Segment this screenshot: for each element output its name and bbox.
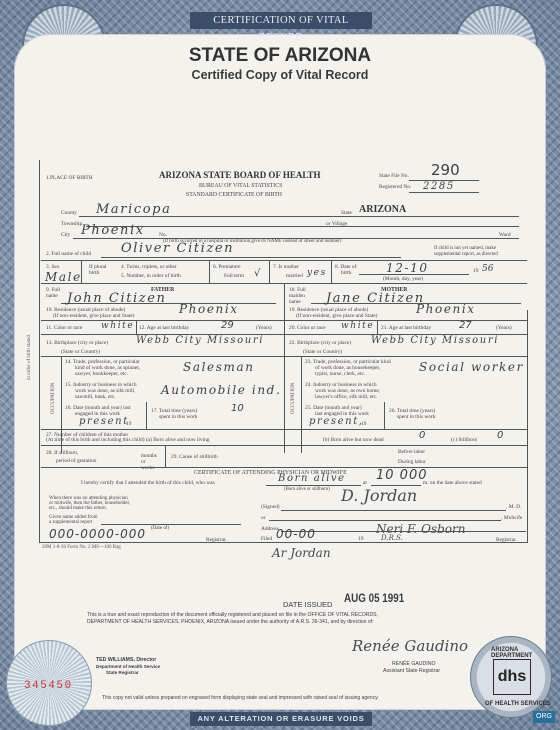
- dob-year: 56: [482, 264, 493, 274]
- before-labor-label: Before labor: [398, 449, 425, 455]
- dhs-logo-icon: dhs: [493, 659, 531, 695]
- township-label: Township: [61, 221, 82, 227]
- mother-name-label: 18. Full maiden name: [289, 287, 311, 305]
- time-suffix: m. on the date above stated: [423, 480, 482, 486]
- twins-label: 4. Twins, triplets, or other: [121, 264, 177, 270]
- during-labor-label: During labor: [398, 459, 426, 465]
- seal-text-bottom: OF HEALTH SERVICES: [485, 701, 551, 707]
- father-residence-label-2: (If non-resident, give place and State): [53, 313, 134, 319]
- state-value: ARIZONA: [359, 204, 406, 215]
- midwife-label: , Midwife: [501, 515, 522, 521]
- married-label: 7. Is mother: [273, 264, 299, 270]
- seal-text-top: ARIZONA DEPARTMENT: [491, 647, 551, 659]
- county-label: County: [61, 210, 77, 216]
- father-birthplace-hint: (State or Country): [61, 349, 100, 355]
- mother-residence-label-2: (If non-resident, give place and State): [296, 313, 377, 319]
- org-badge: ORG: [533, 711, 555, 723]
- full-term-checkmark: √: [254, 268, 260, 279]
- date-issued-label: DATE ISSUED: [283, 600, 332, 609]
- mother-age-unit: (Years): [496, 325, 512, 331]
- father-residence: Phoenix: [179, 302, 239, 316]
- no-label: No.: [159, 232, 167, 238]
- father-industry-label-3: sawmill, bank, etc.: [75, 394, 116, 400]
- serial-number: 345450: [24, 680, 73, 692]
- place-of-birth-label: 1.PLACE OF BIRTH: [46, 175, 93, 181]
- mother-occupation-label: OCCUPATION: [291, 383, 296, 414]
- mother-trade-label-3: typist, nurse, clerk, etc.: [315, 371, 365, 377]
- birth-certificate-form: 1.PLACE OF BIRTH ARIZONA STATE BOARD OF …: [41, 160, 531, 542]
- children-label-2: (At time of this birth and including thi…: [46, 437, 210, 443]
- mother-trade: Social worker: [419, 360, 524, 374]
- ward-label: Ward: [499, 232, 511, 238]
- mother-race: white: [341, 321, 374, 331]
- plural-birth-label: If plural birth: [89, 264, 115, 276]
- child-name-label: 2. Full name of child: [46, 251, 91, 257]
- dob-value: 12-10: [386, 261, 429, 275]
- gestation-label: period of gestation: [56, 458, 96, 464]
- birth-order-label: 5. Number, in order of birth: [121, 273, 181, 279]
- registrar-signature-initials: D.R.S.: [381, 534, 403, 542]
- reproduction-statement: This is a true and exact reproduction of…: [87, 612, 378, 618]
- unnamed-note-2: supplemental report, as directed: [434, 252, 498, 257]
- registered-no: 2285: [423, 181, 455, 192]
- certificate-subtitle: Certified Copy of Vital Record: [0, 68, 560, 82]
- stillborn-value: 0: [497, 430, 503, 441]
- mother-race-label: 20. Color or race: [289, 325, 326, 331]
- father-birthplace: Webb City Missouri: [136, 335, 264, 346]
- married-label-2: married: [286, 273, 303, 279]
- director-name: TED WILLIAMS, Director: [96, 657, 156, 663]
- father-trade: Salesman: [183, 360, 255, 374]
- county-value: Maricopa: [96, 202, 171, 217]
- sex-value: Male: [45, 270, 82, 284]
- given-name-value: 000-0000-000: [49, 527, 146, 541]
- mother-date: present,: [309, 416, 364, 427]
- birth-status: Born alive: [278, 473, 346, 484]
- assistant-registrar-title: Assistant State Registrar: [383, 668, 440, 674]
- mother-industry-label-3: lawyer's office, silk mill, etc.: [315, 394, 377, 400]
- father-date: present: [79, 416, 129, 427]
- certify-text: I hereby certify that I attended the bir…: [81, 480, 215, 486]
- father-age-label: 12. Age at last birthday: [139, 325, 189, 331]
- status-hint: (Born alive or stillborn): [284, 487, 330, 492]
- father-occupation-label: OCCUPATION: [51, 383, 56, 414]
- mother-age-label: 21. Age at last birthday: [381, 325, 431, 331]
- mother-birthplace-label: 22. Birthplace (city or place): [289, 340, 351, 346]
- city-label: City: [61, 232, 70, 238]
- signed-label: (Signed): [261, 504, 280, 510]
- stamp-signature: Ar Jordan: [272, 546, 331, 560]
- mother-total-label-2: spent in this work: [397, 414, 435, 420]
- full-term-label: Full term: [224, 273, 244, 279]
- director-title: State Registrar: [106, 670, 139, 675]
- or-label: or: [261, 515, 266, 521]
- given-name-label-2: a supplemental report: [49, 520, 92, 525]
- city-value: Phoenix: [81, 223, 145, 238]
- mother-age: 27: [459, 320, 472, 331]
- father-industry: Automobile ind.: [161, 383, 281, 397]
- born-dead-value: 0: [419, 430, 425, 441]
- father-name-label: 9. Full name: [46, 287, 66, 299]
- dob-hint: (Month, day, year): [383, 276, 423, 282]
- cause-label: 29. Cause of stillbirth: [171, 454, 218, 460]
- child-name-value: Oliver Citizen: [121, 241, 234, 256]
- father-date-suffix: 19: [126, 421, 131, 427]
- mother-birthplace-hint: (State or Country): [303, 349, 342, 355]
- side-note: in order of birth stated.: [27, 334, 32, 380]
- born-dead-label: (b) Born alive but now dead: [323, 437, 384, 443]
- date-of-label: (Date of): [151, 526, 169, 531]
- health-services-seal: ARIZONA DEPARTMENT dhs OF HEALTH SERVICE…: [470, 636, 552, 718]
- assistant-registrar-name: RENÉE GAUDINO: [392, 661, 436, 667]
- no-physician-note-3: etc., should make this return.: [49, 506, 107, 511]
- dob-year-prefix: 19: [473, 268, 478, 274]
- father-birthplace-label: 13. Birthplace (city or place): [46, 340, 108, 346]
- stillborn-label: (c) Stillborn: [451, 437, 477, 443]
- certification-banner: CERTIFICATION OF VITAL RECORD: [190, 12, 372, 29]
- state-file-no-label: State File No.: [379, 173, 409, 179]
- form-title: STANDARD CERTIFICATE OF BIRTH: [186, 192, 282, 198]
- father-total-label-2: spent in this work: [159, 414, 197, 420]
- stillborn-period-label: 28. If stillborn,: [46, 450, 78, 456]
- form-code: 20M 1-8-36 Form No. 2 MS—100 Rag: [42, 545, 121, 550]
- father-race: white: [101, 321, 134, 331]
- state-title: STATE OF ARIZONA: [0, 45, 560, 67]
- md-label: , M. D.: [506, 504, 521, 510]
- father-name: John Citizen: [67, 291, 167, 306]
- father-age: 29: [221, 320, 234, 331]
- father-trade-label-3: sawyer, bookkeeper, etc.: [75, 371, 128, 377]
- father-age-unit: (Years): [256, 325, 272, 331]
- mother-name: Jane Citizen: [326, 291, 425, 306]
- form-right-border: [527, 310, 528, 542]
- mother-birthplace: Webb City Missouri: [371, 335, 499, 346]
- registered-no-label: Registered No.: [379, 184, 411, 190]
- married-value: yes: [307, 268, 327, 278]
- date-issued: AUG 05 1991: [344, 591, 404, 605]
- reproduction-statement-2: DEPARTMENT OF HEALTH SERVICES, PHOENIX, …: [87, 619, 374, 625]
- birth-time: 10 000: [376, 468, 428, 483]
- agency-title: ARIZONA STATE BOARD OF HEALTH: [159, 170, 321, 180]
- village-label: or Village: [326, 221, 347, 227]
- father-total: 10: [231, 403, 244, 414]
- mother-date-suffix: 19: [361, 421, 366, 427]
- validity-note: This copy not valid unless prepared on e…: [102, 695, 379, 701]
- premature-label: 6. Premature: [213, 264, 241, 270]
- form-left-border: [39, 160, 40, 543]
- months-weeks-label: months or weeks: [141, 453, 159, 471]
- alteration-warning-banner: ANY ALTERATION OR ERASURE VOIDS THIS CER…: [190, 712, 372, 726]
- director-department: Department of Health Service: [96, 664, 160, 669]
- dob-label-2: birth: [341, 270, 351, 276]
- mother-residence: Phoenix: [416, 302, 476, 316]
- state-file-no: 290: [431, 161, 460, 179]
- assistant-registrar-signature: Renée Gaudino: [352, 637, 468, 655]
- physician-signature: D. Jordan: [341, 486, 417, 505]
- bureau-title: BUREAU OF VITAL STATISTICS: [199, 183, 282, 189]
- father-race-label: 11. Color or race: [46, 325, 82, 331]
- filed-date: 00-00: [276, 527, 316, 541]
- unnamed-note: If child is not yet named, make: [434, 246, 496, 251]
- state-label: State: [341, 210, 352, 216]
